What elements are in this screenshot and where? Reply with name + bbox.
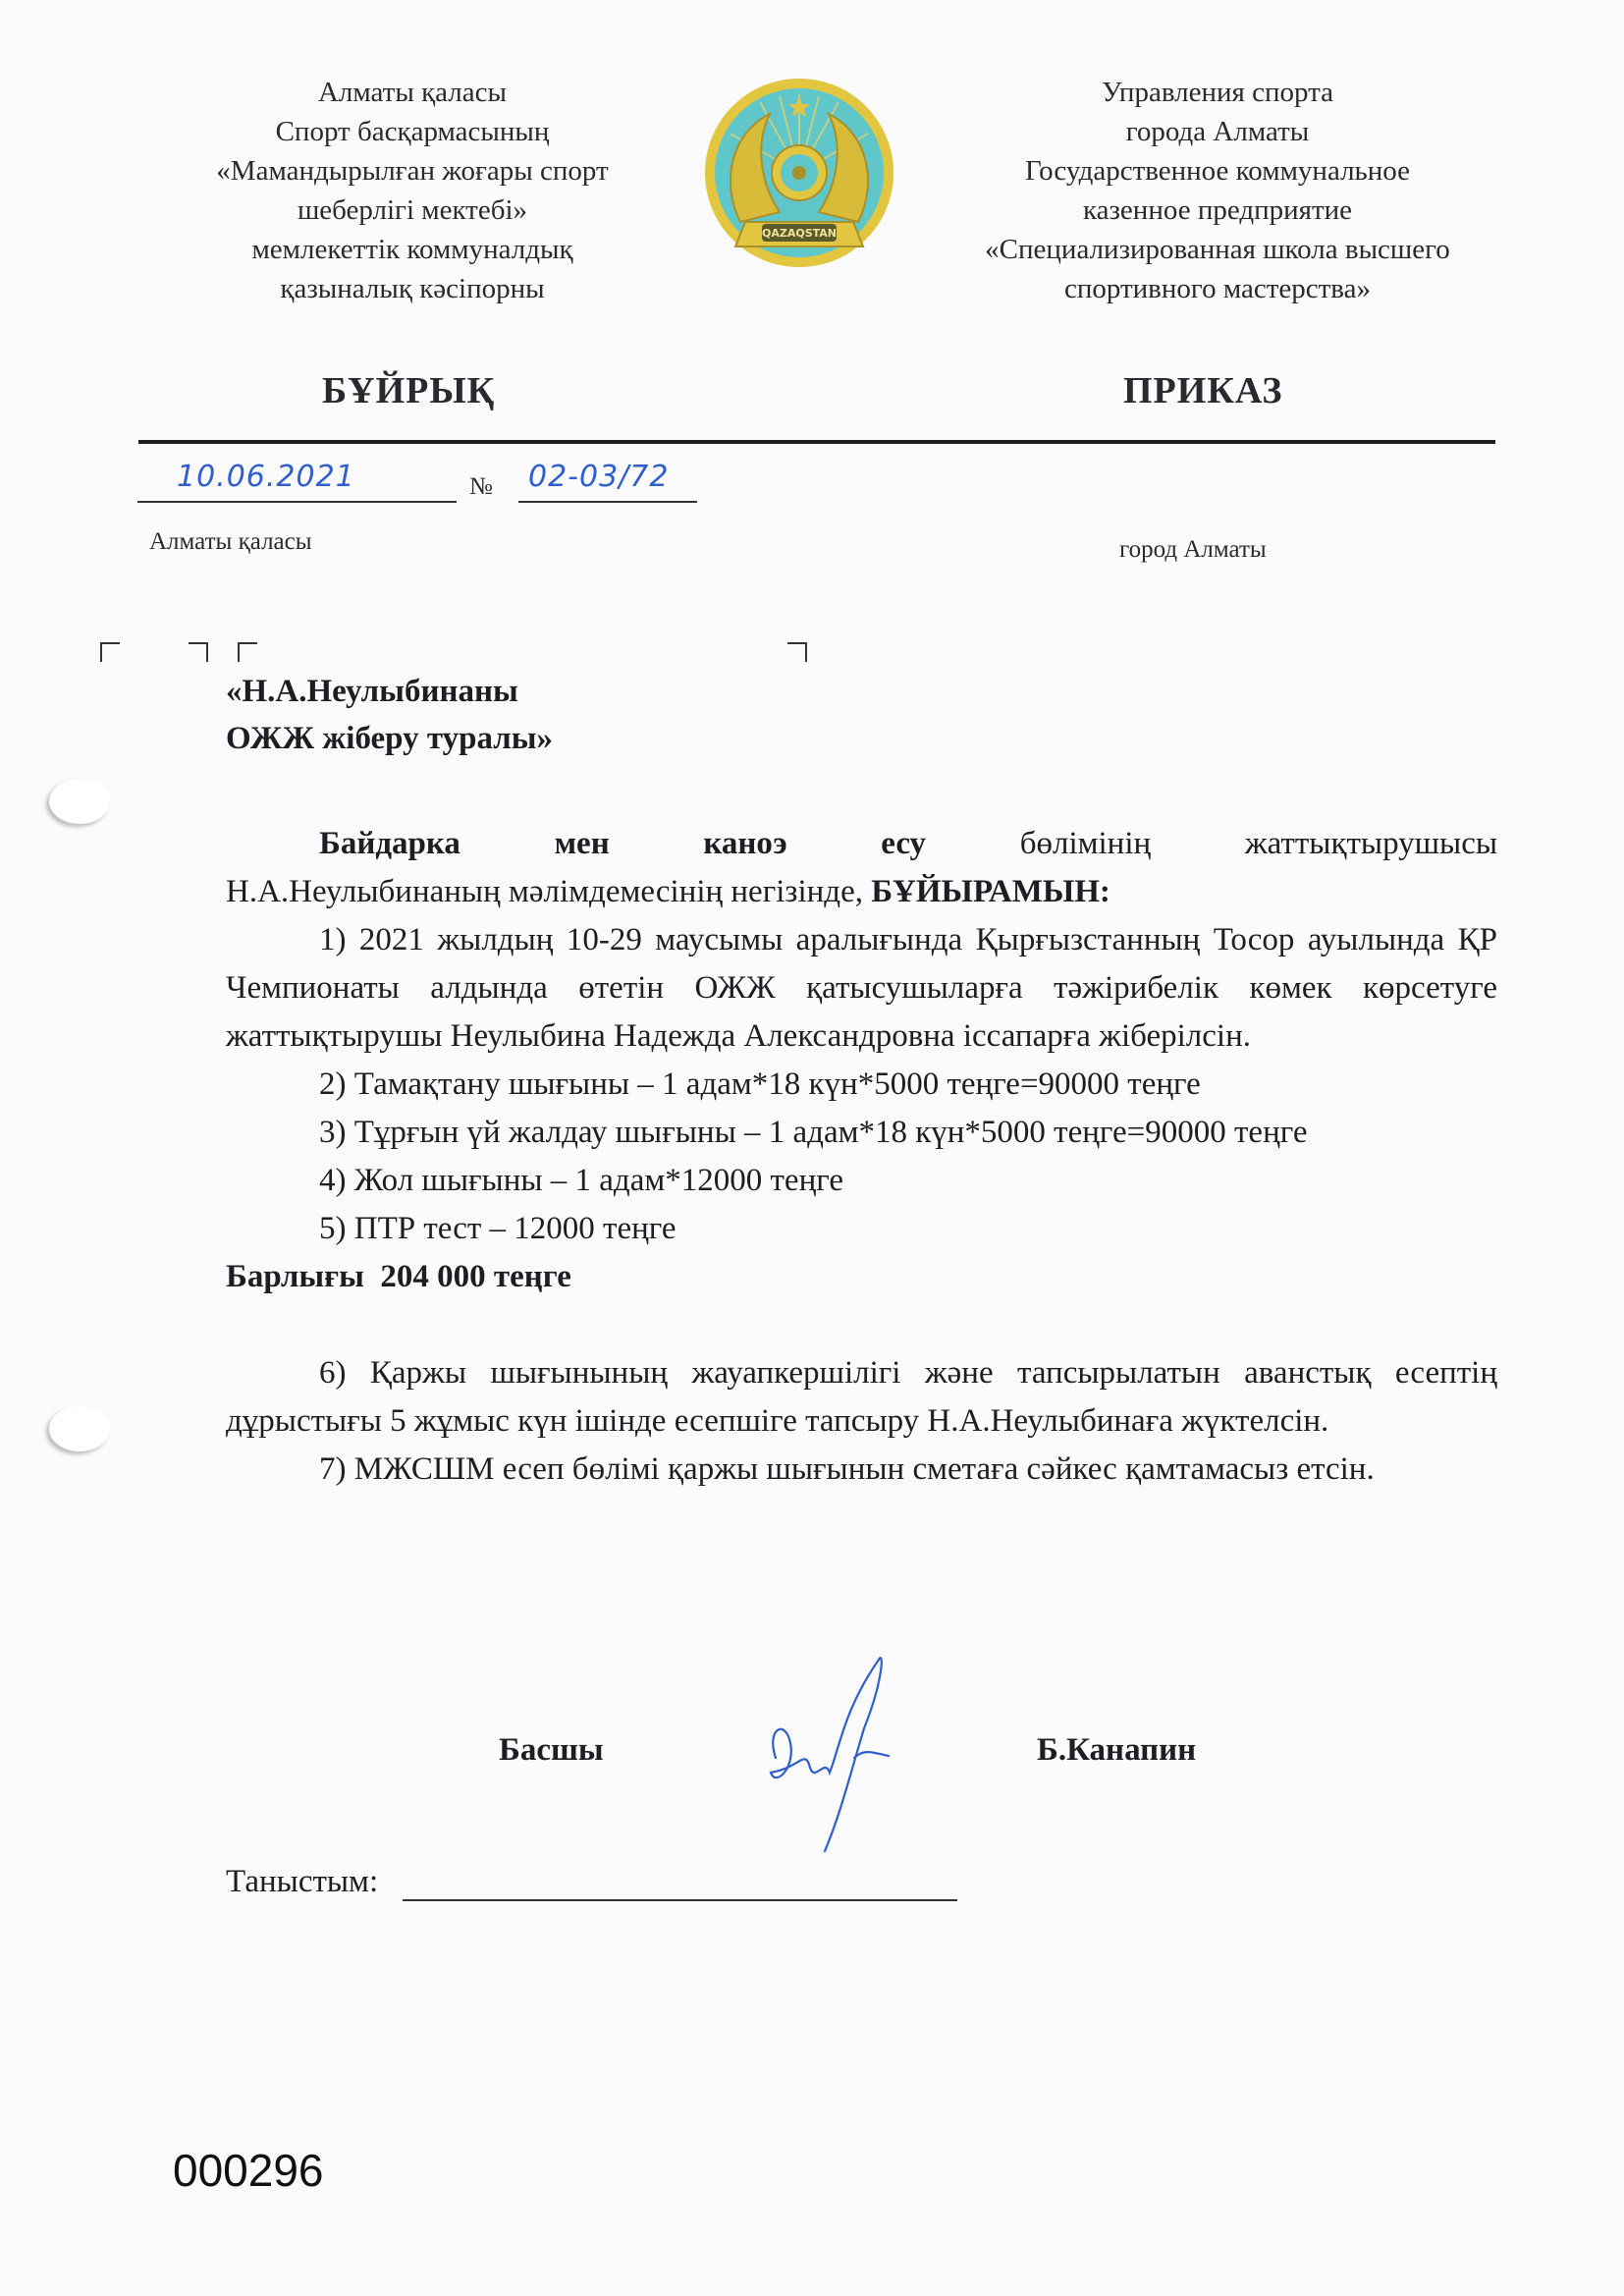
- svg-text:QAZAQSTAN: QAZAQSTAN: [762, 227, 837, 240]
- order-item-3: 3) Тұрғын үй жалдау шығыны – 1 адам*18 к…: [226, 1109, 1497, 1157]
- acquainted-label: Танысты​м:: [226, 1858, 378, 1906]
- page-number: 000296: [173, 2144, 324, 2197]
- header-left-line: «Мамандырылған жоғары спорт: [147, 151, 677, 191]
- order-item-4: 4) Жол шығыны – 1 адам*12000 теңге: [226, 1157, 1497, 1205]
- total-amount: 204 000 теңге: [380, 1259, 571, 1294]
- acquainted-signature-line[interactable]: [403, 1899, 957, 1901]
- order-item-5: 5) ПТР тест – 12000 теңге: [226, 1205, 1497, 1253]
- total-line: Барлығы 204 000 теңге: [226, 1253, 1497, 1301]
- header-right-line: Управления спорта: [923, 73, 1512, 112]
- date-field: 10.06.2021: [137, 462, 457, 503]
- kazakhstan-emblem-icon: QAZAQSTAN: [701, 75, 897, 271]
- bracket-corner: [189, 642, 208, 662]
- number-label: №: [469, 473, 493, 501]
- order-word: БҰЙЫРАМЫН:: [871, 874, 1110, 909]
- header-right-ru: Управления спорта города Алматы Государс…: [923, 73, 1512, 308]
- order-item-6: 6) Қаржы шығынының жауапкершілігі және т…: [226, 1349, 1497, 1446]
- total-label: Барлығы: [226, 1259, 364, 1294]
- punch-hole-bottom: [49, 1406, 110, 1451]
- order-item-1: 1) 2021 жылдың 10-29 маусымы аралығында …: [226, 916, 1497, 1061]
- order-item-7: 7) МЖСШМ есеп бөлімі қаржы шығынын смета…: [226, 1446, 1497, 1494]
- preamble-line1: Байдарка мен каноэ есу бөлімінің жаттықт…: [226, 820, 1497, 868]
- header-left-line: Спорт басқармасының: [147, 112, 677, 151]
- punch-hole-top: [49, 779, 110, 824]
- signatory-name: Б.Канапин: [1037, 1732, 1196, 1769]
- header-left-kz: Алматы қаласы Спорт басқармасының «Маман…: [147, 73, 677, 308]
- header-left-line: қазыналық кәсіпорны: [147, 269, 677, 308]
- header-right-line: города Алматы: [923, 112, 1512, 151]
- subject-line: «Н.А.Неулыбинаны: [226, 668, 553, 715]
- header-left-line: мемлекеттік коммуналдық: [147, 230, 677, 269]
- city-kz: Алматы қаласы: [149, 528, 312, 556]
- order-subject: «Н.А.Неулыбинаны ОЖЖ жіберу туралы»: [226, 668, 553, 762]
- title-ru: ПРИКАЗ: [1123, 369, 1282, 412]
- header-divider: [138, 440, 1495, 444]
- order-body: Байдарка мен каноэ есу бөлімінің жаттықт…: [226, 820, 1497, 1494]
- order-number: 02-03/72: [528, 460, 669, 494]
- subject-line: ОЖЖ жіберу туралы»: [226, 715, 553, 762]
- order-date: 10.06.2021: [177, 460, 355, 494]
- bracket-corner: [100, 642, 120, 662]
- bracket-corner: [238, 642, 257, 662]
- city-ru: город Алматы: [1119, 536, 1267, 564]
- signatory-title: Басшы: [499, 1732, 604, 1769]
- header-left-line: Алматы қаласы: [147, 73, 677, 112]
- header-right-line: спортивного мастерства»: [923, 269, 1512, 308]
- number-field: 02-03/72: [518, 462, 697, 503]
- header-right-line: Государственное коммунальное: [923, 151, 1512, 191]
- handwritten-signature-icon: [746, 1650, 923, 1856]
- header-right-line: казенное предприятие: [923, 191, 1512, 230]
- title-kz: БҰЙРЫҚ: [322, 369, 495, 412]
- header-left-line: шеберлігі мектебі»: [147, 191, 677, 230]
- preamble-line2: Н.А.Неулыбинаның мәлімдемесінің негізінд…: [226, 868, 1497, 916]
- bracket-corner: [787, 642, 807, 662]
- order-item-2: 2) Тамақтану шығыны – 1 адам*18 күн*5000…: [226, 1061, 1497, 1109]
- header-right-line: «Специализированная школа высшего: [923, 230, 1512, 269]
